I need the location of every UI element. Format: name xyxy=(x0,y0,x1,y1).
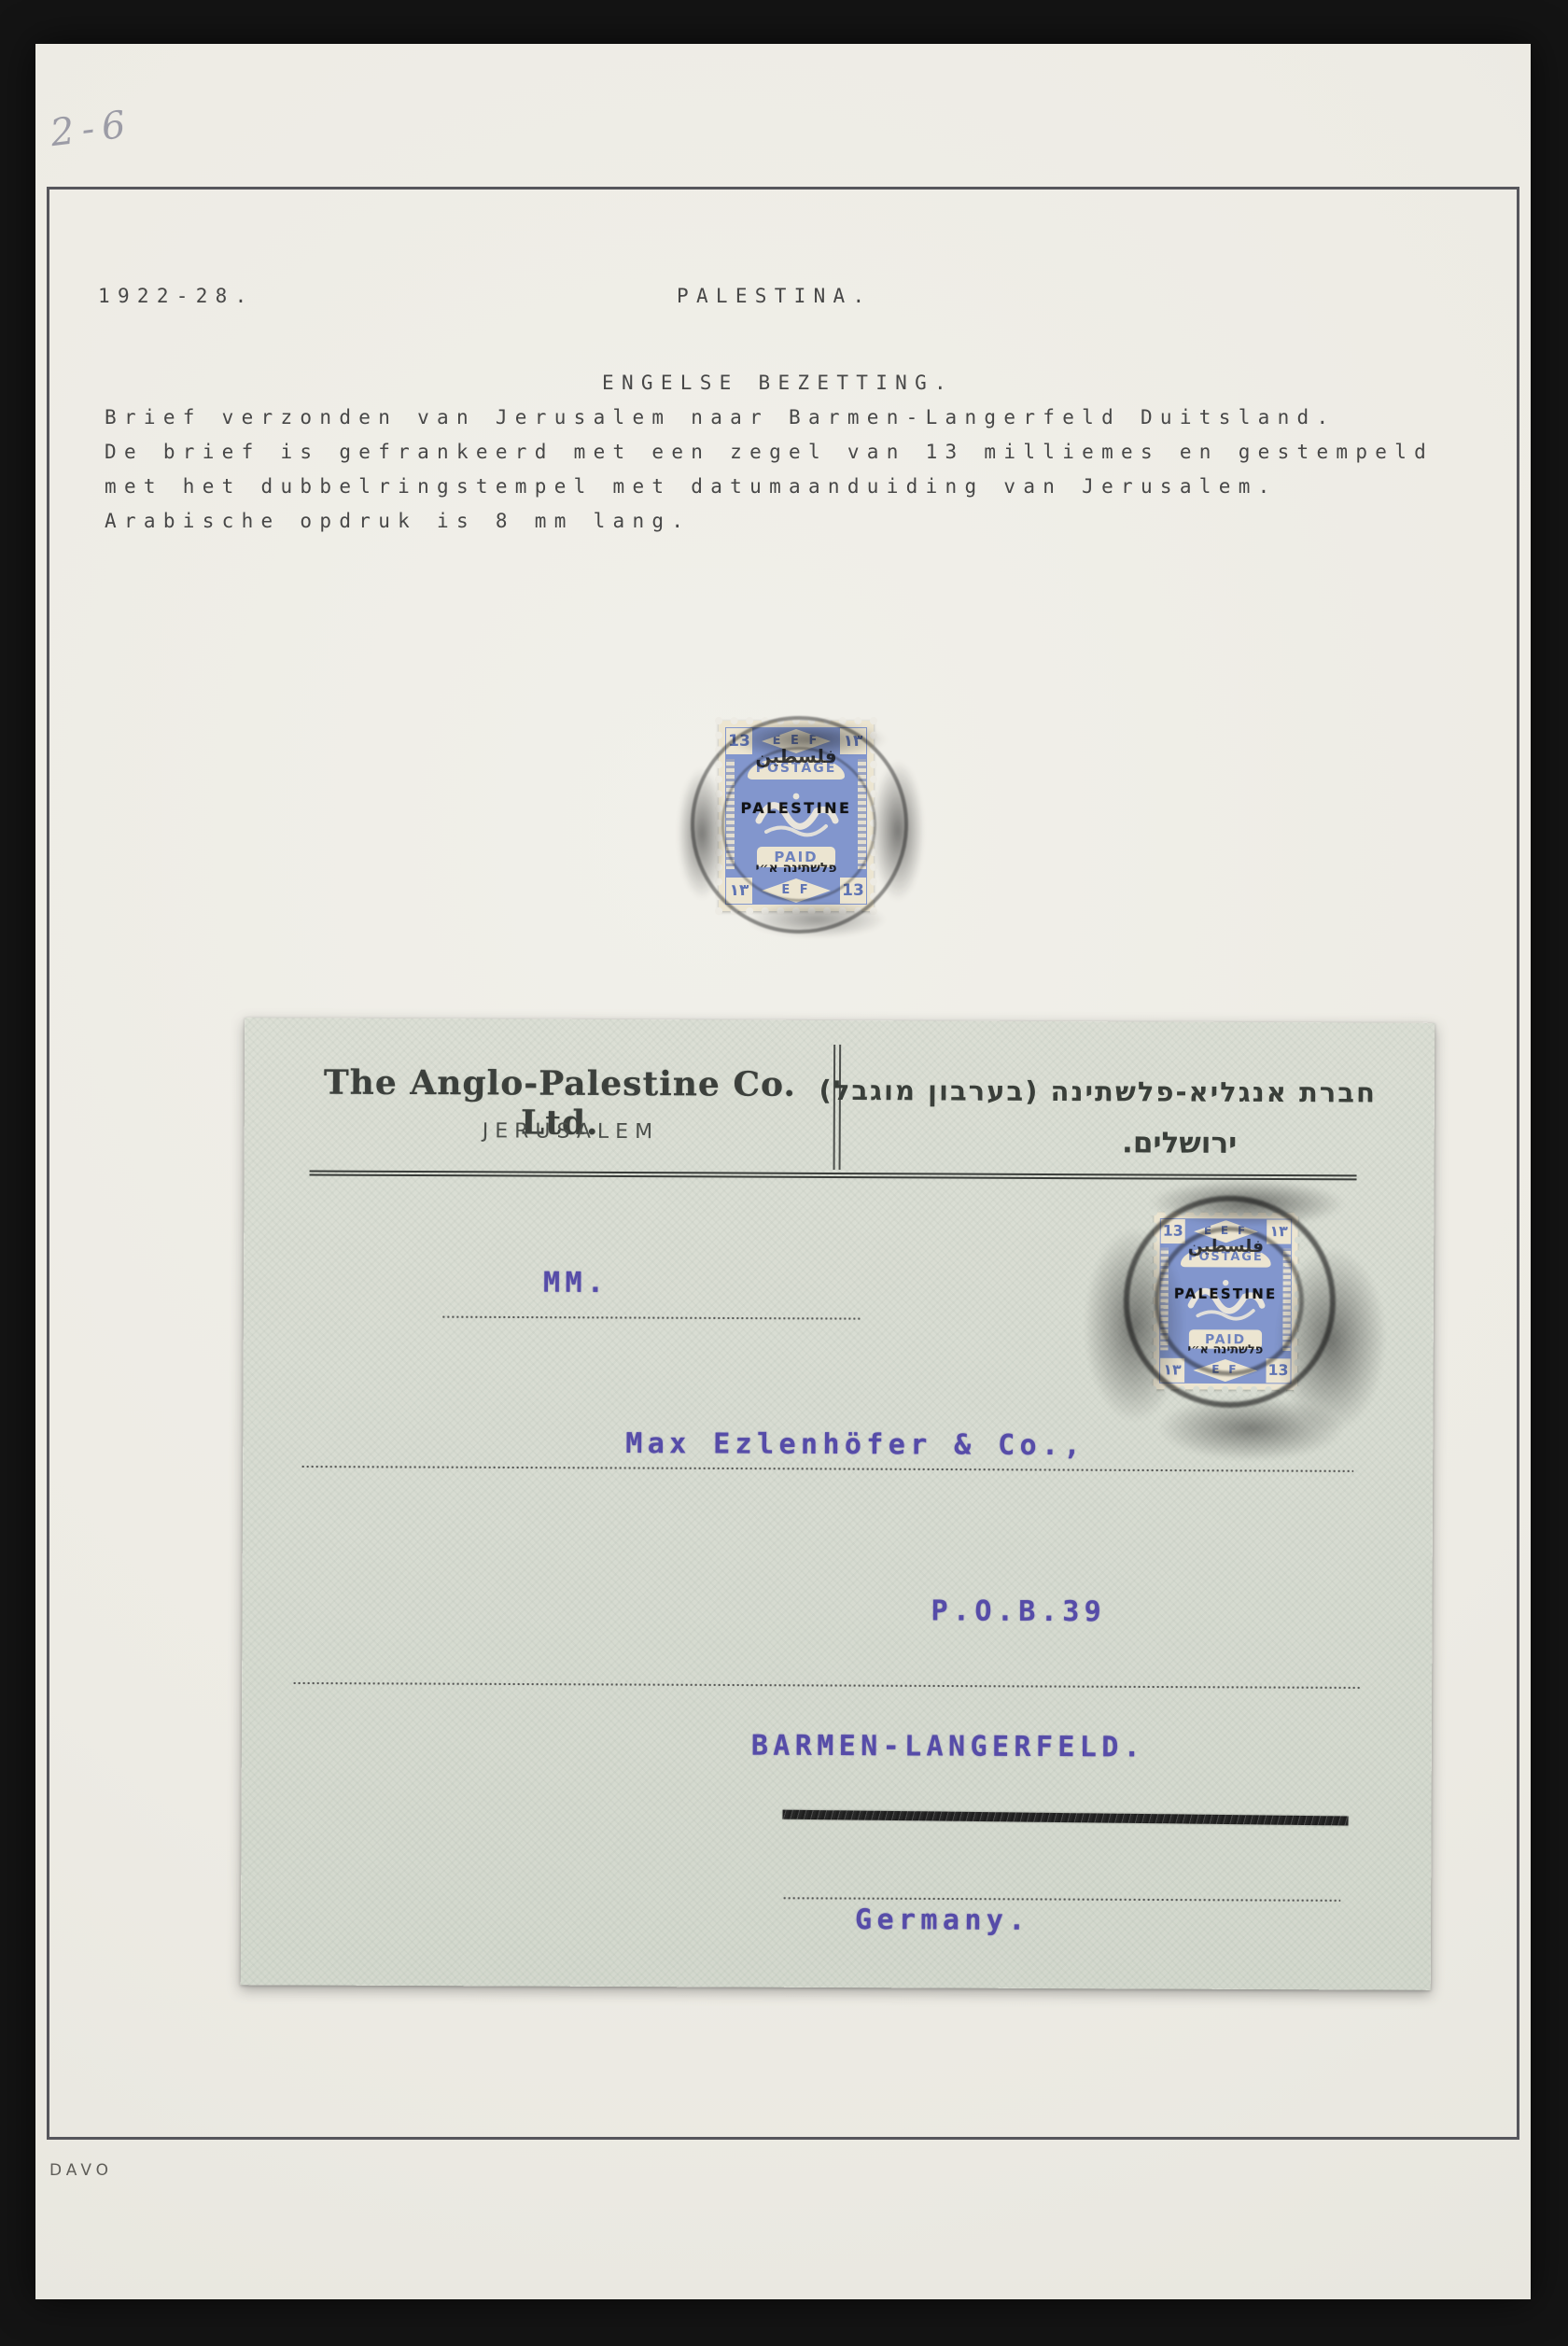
envelope-sender-city: JERUSALEM xyxy=(483,1119,659,1144)
album-page: 2-6 1922-28. PALESTINA. ENGELSE BEZETTIN… xyxy=(35,44,1531,2299)
dotted-line xyxy=(441,1315,861,1320)
envelope: The Anglo-Palestine Co. Ltd. JERUSALEM ח… xyxy=(241,1018,1435,1990)
description-heading: ENGELSE BEZETTING. xyxy=(602,372,954,395)
address-city: BARMEN-LANGERFELD. xyxy=(751,1733,1145,1763)
postmark-smudge xyxy=(747,901,887,938)
album-photo: 2-6 1922-28. PALESTINA. ENGELSE BEZETTIN… xyxy=(0,0,1568,2346)
page-corner-annotation: 2-6 xyxy=(49,103,135,155)
address-salutation: MM. xyxy=(543,1270,609,1298)
envelope-sender-name-hebrew: חברת אנגליא-פלשתינה (בערבון מוגבל) xyxy=(819,1075,1377,1109)
description-line: Arabische opdruk is 8 mm lang. xyxy=(105,510,691,533)
dotted-line xyxy=(292,1681,1361,1689)
postmark-smudge xyxy=(1157,1395,1344,1461)
album-publisher-logo: DAVO xyxy=(49,2161,113,2180)
envelope-stamp-zone: 13 E E F ١٣ POSTAGE xyxy=(1083,1161,1457,1471)
address-po-box: P.O.B.39 xyxy=(931,1597,1106,1626)
dotted-line xyxy=(782,1897,1340,1903)
obliteration-bar xyxy=(782,1810,1348,1826)
postmark-smudge xyxy=(1083,1227,1186,1423)
postmark-smudge xyxy=(678,768,726,899)
description-line: De brief is gefrankeerd met een zegel va… xyxy=(105,441,1434,464)
description-line: Brief verzonden van Jerusalem naar Barme… xyxy=(105,406,1336,429)
page-title: PALESTINA. xyxy=(677,285,872,308)
envelope-sender-city-hebrew: ירושלים. xyxy=(1086,1126,1273,1160)
address-country: Germany. xyxy=(855,1906,1030,1935)
postmark-smudge xyxy=(728,720,887,759)
postmark-inner-ring xyxy=(721,747,876,902)
postmark-smudge xyxy=(872,761,924,901)
header-divider xyxy=(833,1045,842,1170)
loose-stamp-zone: 13 E E F ١٣ POSTAGE PAID ١٣ xyxy=(672,686,943,966)
header-period: 1922-28. xyxy=(98,285,255,308)
description-line: met het dubbelringstempel met datumaandu… xyxy=(105,475,1278,499)
address-name: Max Ezlenhöfer & Co., xyxy=(625,1430,1085,1460)
